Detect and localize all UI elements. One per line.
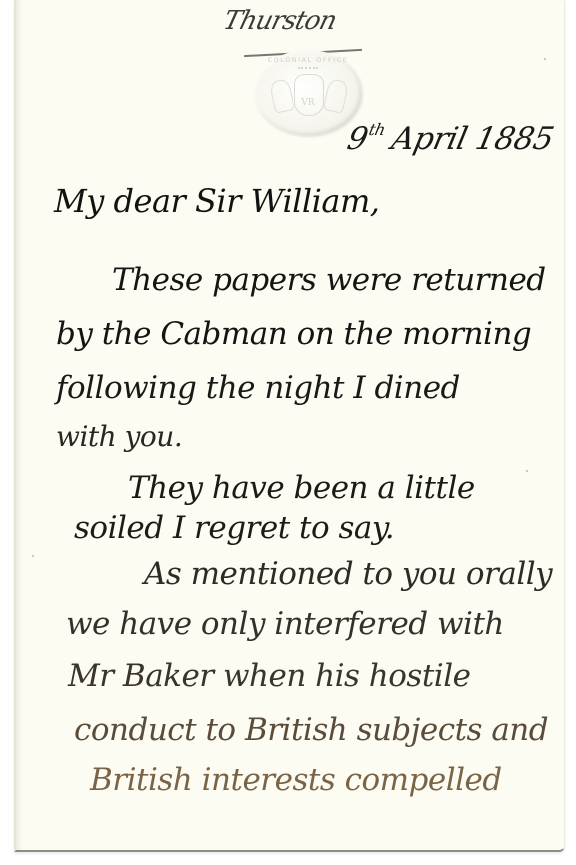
body-line: As mentioned to you orally xyxy=(144,556,552,592)
body-line: British interests compelled xyxy=(90,762,502,798)
seal-lion-icon xyxy=(269,78,295,113)
body-line: These papers were returned xyxy=(112,262,546,298)
body-line: following the night I dined xyxy=(56,370,460,406)
body-line: soiled I regret to say. xyxy=(74,510,394,546)
body-line: They have been a little xyxy=(128,470,475,506)
body-line: we have only interfered with xyxy=(66,606,504,642)
paper-speck xyxy=(32,555,34,557)
date-day: 9 xyxy=(344,121,371,157)
date-month-year: April 1885 xyxy=(388,121,556,157)
seal-shield-icon xyxy=(294,74,324,116)
seal-monogram: VR xyxy=(254,98,362,108)
colonial-office-seal-icon: COLONIAL OFFICE VR xyxy=(254,50,362,136)
paper-speck xyxy=(526,470,528,472)
docket-note: Thurston xyxy=(220,6,339,36)
body-line: Mr Baker when his hostile xyxy=(68,658,470,694)
body-line: by the Cabman on the morning xyxy=(56,316,531,352)
date-day-suffix: th xyxy=(367,120,387,139)
scanned-page: Thurston COLONIAL OFFICE VR 9th April 18… xyxy=(0,0,576,865)
paper-speck xyxy=(544,58,546,60)
salutation: My dear Sir William, xyxy=(54,182,379,220)
body-line: with you. xyxy=(56,420,182,453)
letter-paper: Thurston COLONIAL OFFICE VR 9th April 18… xyxy=(14,0,565,852)
body-line: conduct to British subjects and xyxy=(74,712,548,748)
seal-unicorn-icon xyxy=(323,78,349,113)
letter-date: 9th April 1885 xyxy=(344,120,557,157)
seal-ring-text: COLONIAL OFFICE xyxy=(254,56,362,64)
